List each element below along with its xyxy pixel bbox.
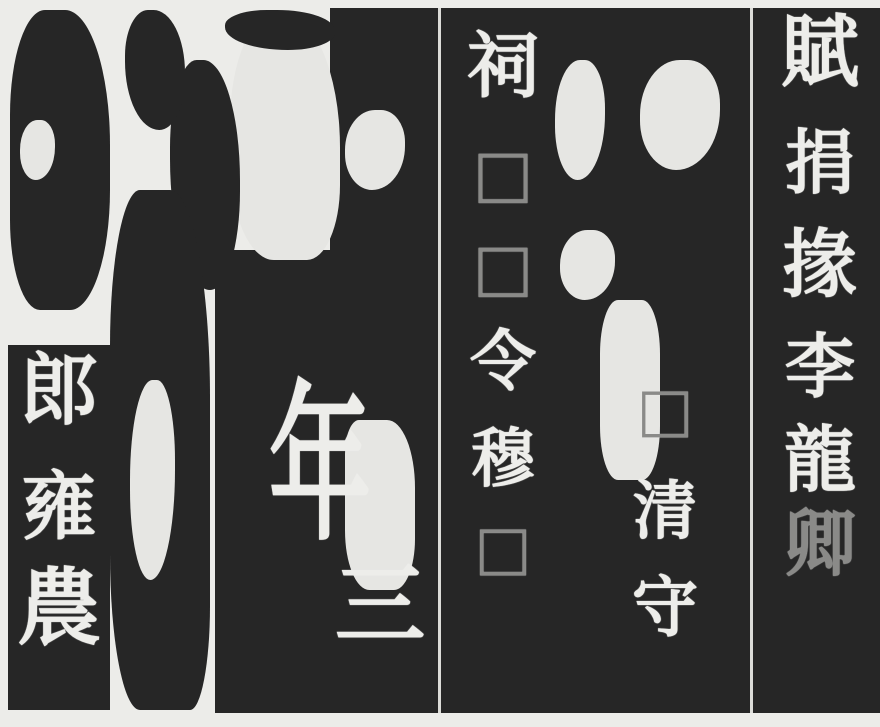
character: 農 bbox=[17, 566, 101, 650]
character: □ bbox=[637, 380, 694, 440]
character: 清 bbox=[633, 480, 697, 544]
stele-rubbing: 賦 捐 掾 李 龍 卿 □ 清 守 祠 □ □ 令 穆 □ 年 三 郎 雍 農 bbox=[0, 0, 880, 727]
inscription-column-3: 祠 □ □ 令 穆 □ bbox=[448, 30, 558, 578]
character: 李 bbox=[785, 332, 855, 402]
character: 穆 bbox=[471, 428, 535, 492]
character: 郎 bbox=[20, 352, 98, 430]
inscription-column-2: □ 清 守 bbox=[610, 380, 720, 640]
inscription-column-5: 郎 雍 農 bbox=[10, 352, 108, 650]
character: 年 bbox=[269, 380, 371, 550]
character: 捐 bbox=[785, 128, 855, 198]
character: 守 bbox=[632, 574, 698, 640]
ink-blob bbox=[125, 10, 185, 130]
paper-margin bbox=[0, 713, 880, 727]
ink-blob bbox=[225, 10, 335, 50]
inscription-column-1: 賦 捐 掾 李 龍 卿 bbox=[770, 14, 870, 580]
character: □ bbox=[475, 518, 532, 578]
character: □ bbox=[473, 236, 533, 300]
character: 三 bbox=[335, 560, 425, 650]
panel-seam bbox=[438, 8, 441, 714]
panel-seam bbox=[750, 8, 753, 714]
character: 令 bbox=[470, 328, 536, 394]
character: 祠 bbox=[467, 30, 539, 102]
character: 掾 bbox=[783, 228, 857, 302]
character: 龍 bbox=[784, 424, 856, 496]
character: 卿 bbox=[784, 508, 856, 580]
character: 賦 bbox=[781, 14, 859, 92]
inscription-column-4: 年 三 bbox=[220, 380, 420, 650]
character: □ bbox=[473, 142, 533, 206]
character: 雍 bbox=[22, 470, 96, 544]
